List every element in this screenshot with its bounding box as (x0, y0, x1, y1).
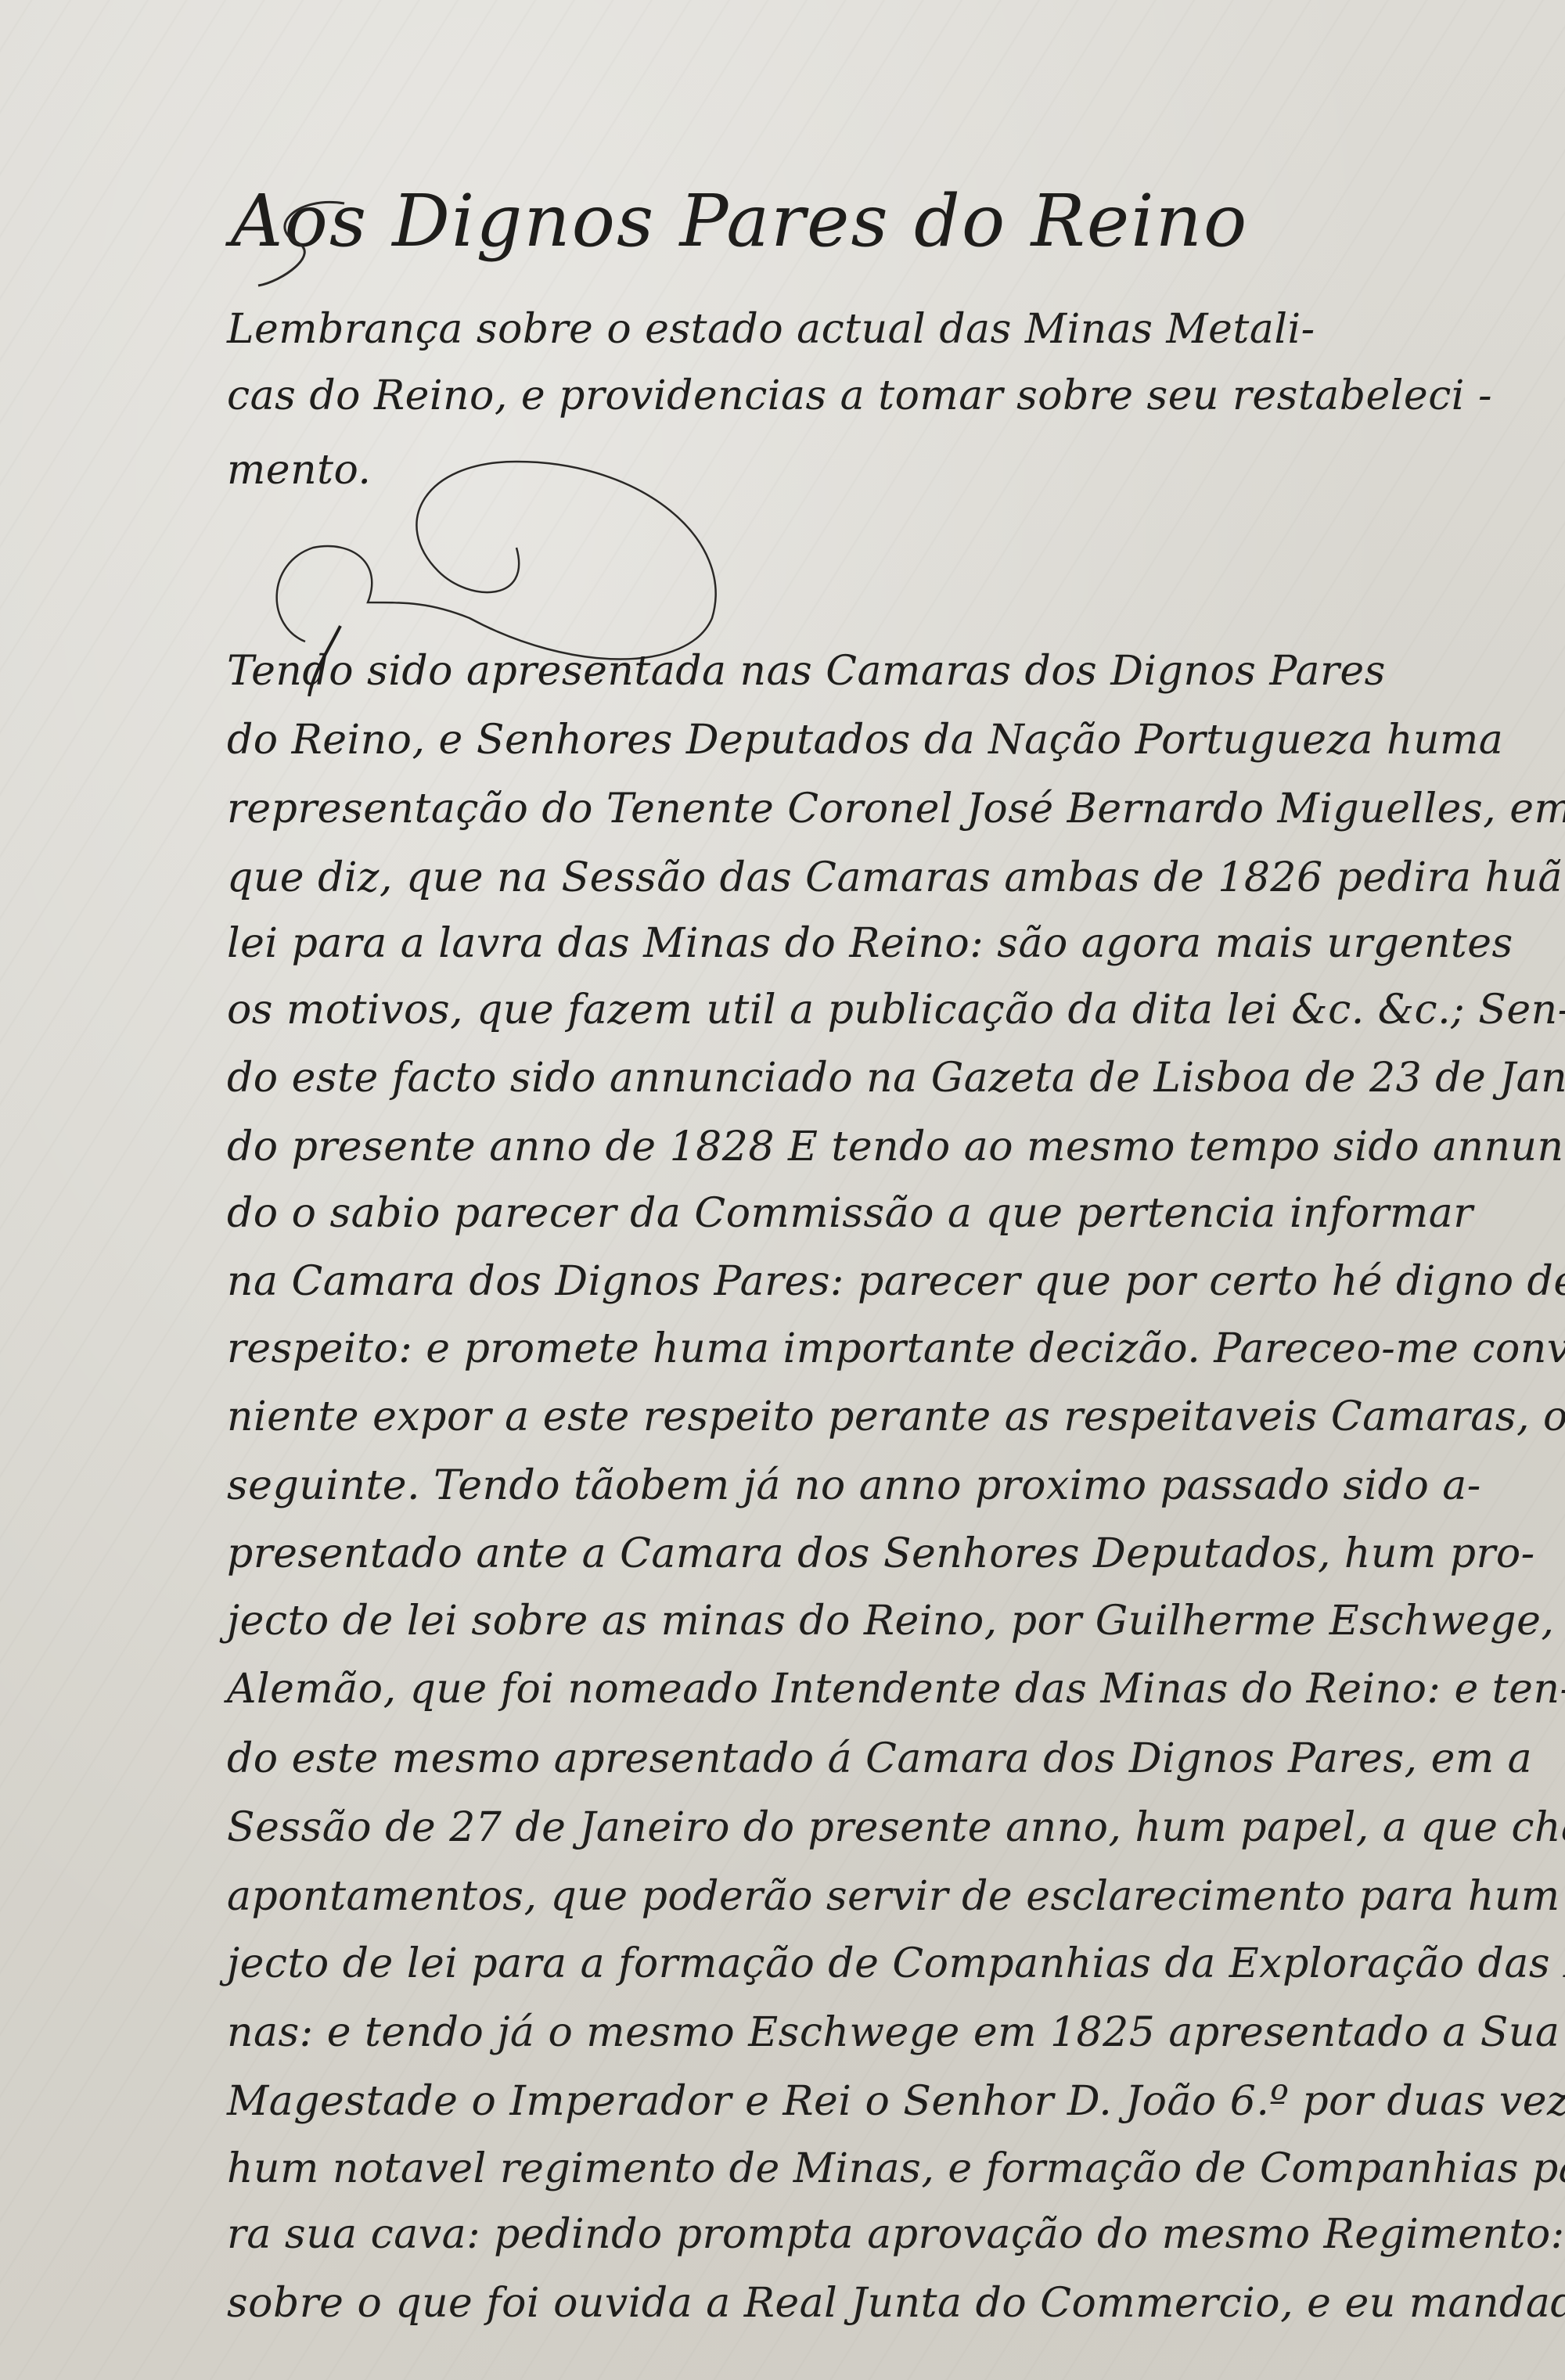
title-flourish-icon (250, 196, 407, 289)
body-line: do presente anno de 1828 E tendo ao mesm… (227, 1127, 1565, 1167)
body-line: do Reino, e Senhores Deputados da Nação … (227, 720, 1503, 760)
body-line: Magestade o Imperador e Rei o Senhor D. … (227, 2081, 1565, 2122)
body-line: na Camara dos Dignos Pares: parecer que … (227, 1261, 1565, 1302)
subtitle-line: Lembrança sobre o estado actual das Mina… (227, 309, 1315, 350)
body-line: do este facto sido annunciado na Gazeta … (227, 1058, 1565, 1098)
body-line: nas: e tendo já o mesmo Eschwege em 1825… (227, 2012, 1560, 2053)
body-line: sobre o que foi ouvida a Real Junta do C… (227, 2283, 1565, 2324)
body-line: jecto de lei sobre as minas do Reino, po… (227, 1601, 1554, 1641)
body-line: Alemão, que foi nomeado Intendente das M… (227, 1669, 1565, 1710)
body-line: apontamentos, que poderão servir de escl… (227, 1876, 1565, 1917)
body-line: respeito: e promete huma importante deci… (227, 1328, 1565, 1369)
body-line: do este mesmo apresentado á Camara dos D… (227, 1738, 1532, 1779)
body-line: que diz, que na Sessão das Camaras ambas… (227, 857, 1563, 898)
manuscript-page: Aos Dignos Pares do Reino Lembrança sobr… (0, 0, 1565, 2380)
body-line: do o sabio parecer da Commissão a que pe… (227, 1193, 1473, 1234)
body-line: Sessão de 27 de Janeiro do presente anno… (227, 1807, 1565, 1848)
body-line: Tendo sido apresentada nas Camaras dos D… (227, 651, 1386, 692)
body-line: niente expor a este respeito perante as … (227, 1397, 1565, 1437)
body-line: seguinte. Tendo tãobem já no anno proxim… (227, 1465, 1481, 1506)
body-line: hum notavel regimento de Minas, e formaç… (227, 2148, 1565, 2189)
body-line: presentado ante a Camara dos Senhores De… (227, 1533, 1535, 1574)
body-line: os motivos, que fazem util a publicação … (227, 990, 1565, 1030)
subtitle-line: cas do Reino, e providencias a tomar sob… (227, 376, 1492, 416)
body-line: jecto de lei para a formação de Companhi… (227, 1943, 1565, 1984)
body-line: lei para a lavra das Minas do Reino: são… (227, 923, 1513, 964)
body-line: representação do Tenente Coronel José Be… (227, 789, 1565, 829)
body-line: ra sua cava: pedindo prompta aprovação d… (227, 2214, 1565, 2255)
